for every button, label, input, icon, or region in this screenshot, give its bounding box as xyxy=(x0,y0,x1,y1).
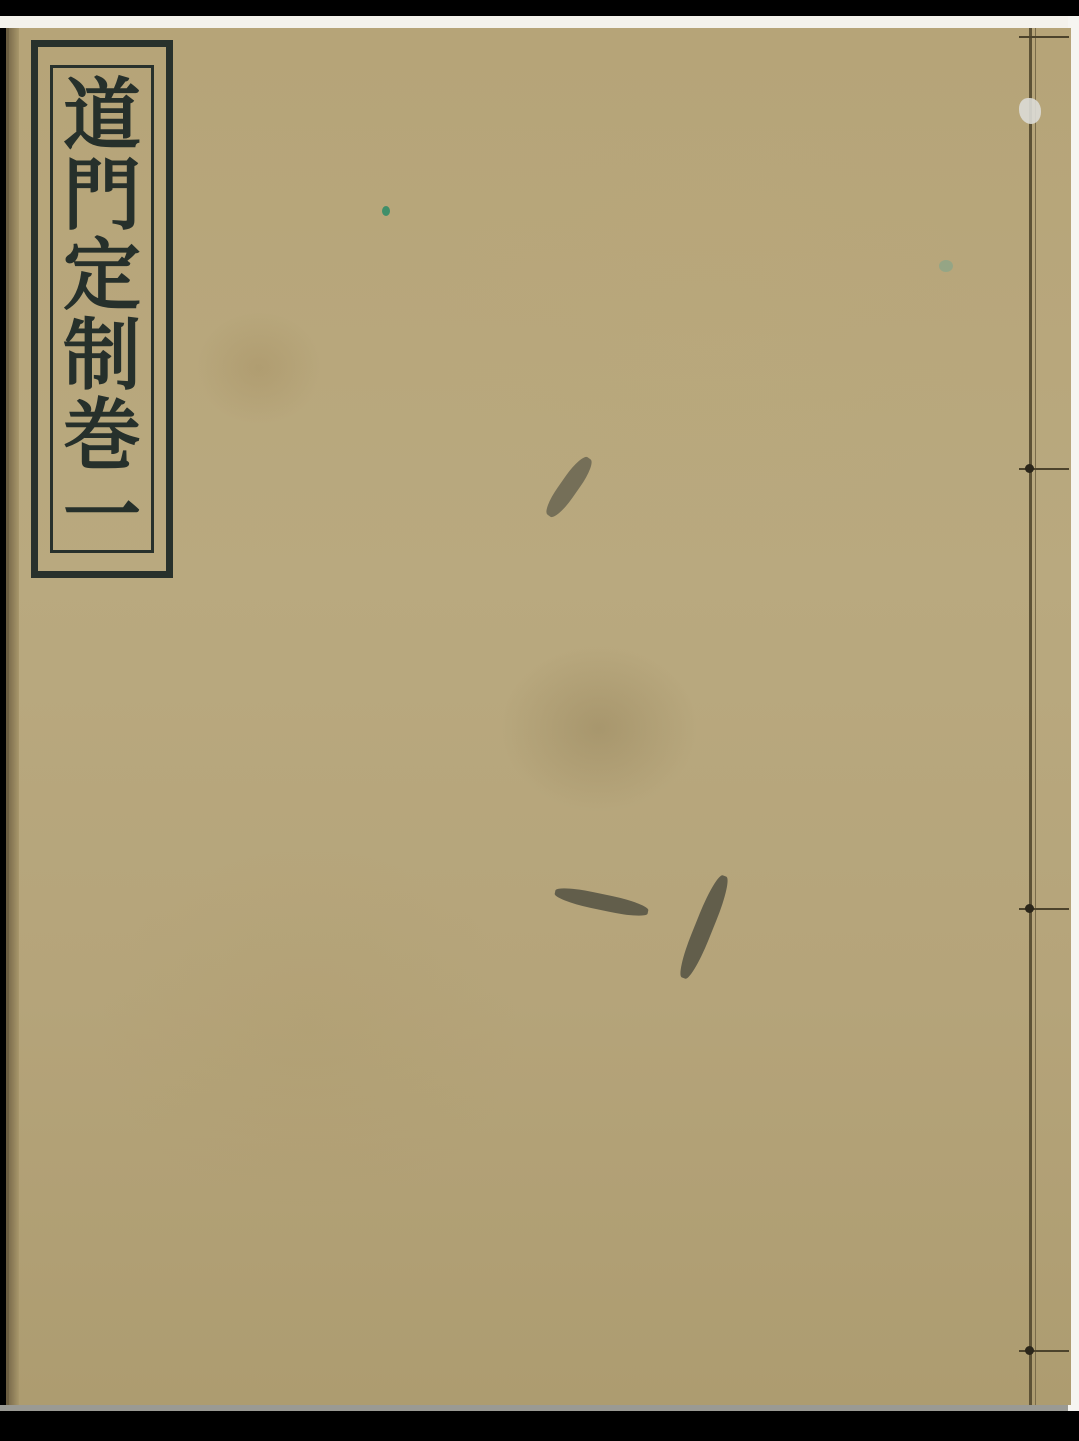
title-char: 巻 xyxy=(63,396,141,476)
top-margin-strip xyxy=(0,16,1079,28)
cover-left-edge xyxy=(9,28,19,1405)
title-label: 道 門 定 制 巻 一 xyxy=(31,40,173,578)
title-char: 門 xyxy=(63,156,141,236)
title-char: 道 xyxy=(63,76,141,156)
stitch-knot xyxy=(1025,1346,1034,1355)
green-speck xyxy=(382,206,390,216)
bottom-shadow xyxy=(0,1405,1068,1411)
book-cover: 道 門 定 制 巻 一 xyxy=(6,28,1071,1405)
binding-thread xyxy=(1029,28,1032,1405)
title-label-inner-border: 道 門 定 制 巻 一 xyxy=(50,65,154,553)
title-char: 一 xyxy=(63,476,141,556)
ink-smudge xyxy=(553,884,649,919)
binding-thread xyxy=(1035,28,1036,1405)
stitch xyxy=(1019,36,1069,38)
stitch-knot xyxy=(1025,904,1034,913)
green-speck xyxy=(939,260,953,272)
title-char: 制 xyxy=(63,316,141,396)
paper-repair-patch xyxy=(1019,98,1041,124)
stitch-knot xyxy=(1025,464,1034,473)
title-char: 定 xyxy=(63,236,141,316)
ink-smudge xyxy=(542,453,597,521)
ink-smudge xyxy=(675,873,733,982)
